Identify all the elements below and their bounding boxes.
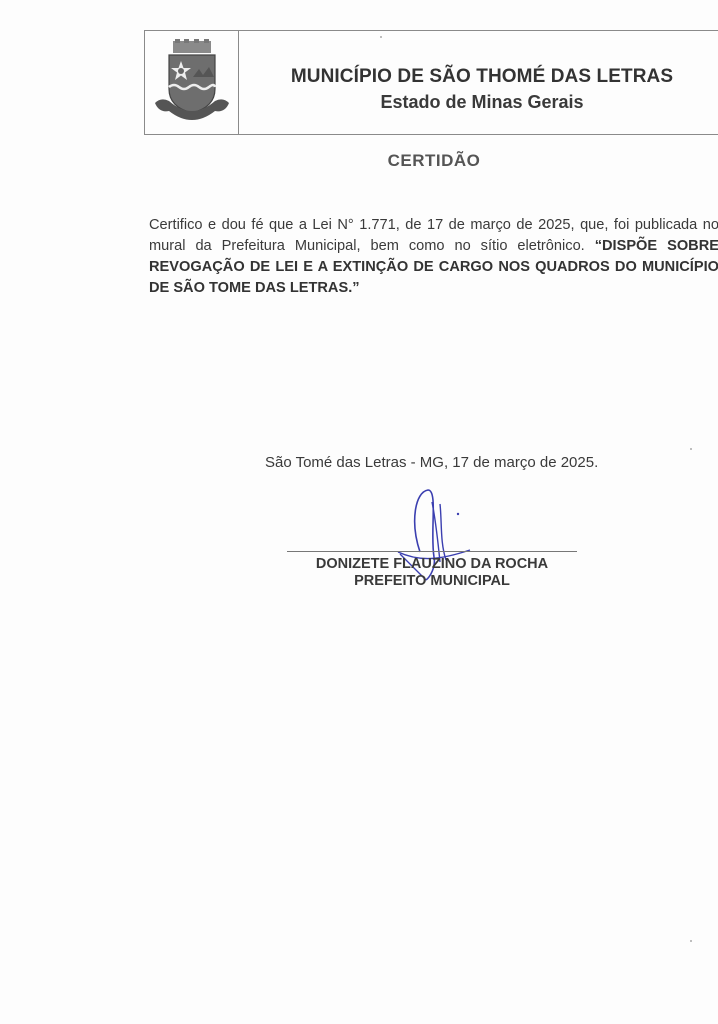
scan-speck: [690, 448, 692, 450]
scan-speck: [690, 940, 692, 942]
title-block: MUNICÍPIO DE SÃO THOMÉ DAS LETRAS Estado…: [239, 31, 718, 134]
signature-line: [287, 551, 577, 552]
municipality-title: MUNICÍPIO DE SÃO THOMÉ DAS LETRAS: [239, 66, 718, 88]
letterhead: MUNICÍPIO DE SÃO THOMÉ DAS LETRAS Estado…: [144, 30, 718, 135]
scan-speck: [380, 36, 382, 38]
signatory-role: PREFEITO MUNICIPAL: [287, 573, 577, 589]
certificate-body: Certifico e dou fé que a Lei N° 1.771, d…: [149, 215, 718, 299]
coat-of-arms-icon: [151, 37, 233, 127]
signatory-name: DONIZETE FLAUZINO DA ROCHA: [287, 556, 577, 572]
document-heading: CERTIDÃO: [0, 151, 718, 171]
logo-cell: [145, 31, 239, 134]
place-and-date: São Tomé das Letras - MG, 17 de março de…: [265, 454, 598, 471]
state-subtitle: Estado de Minas Gerais: [239, 92, 718, 113]
